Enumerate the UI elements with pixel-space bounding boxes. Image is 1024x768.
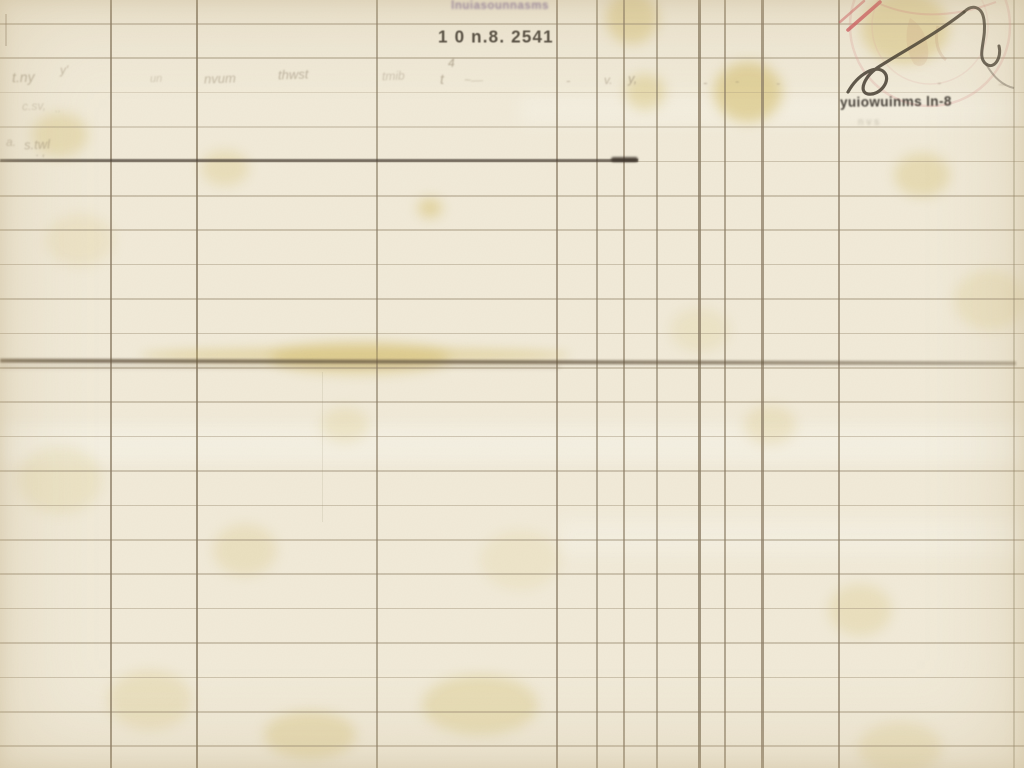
column-line <box>196 0 198 768</box>
ruled-line <box>0 642 1024 644</box>
handwriting-mark: .. <box>55 104 62 115</box>
paper-highlight-band <box>0 425 1024 463</box>
age-stain <box>264 711 356 759</box>
ruled-line <box>0 745 1024 747</box>
smudged-rule <box>0 359 1016 365</box>
handwriting-mark: - <box>776 77 780 89</box>
handwriting-mark: - <box>566 74 571 87</box>
handwriting-mark: 4 <box>448 57 455 69</box>
handwriting-mark: ~— <box>464 74 483 87</box>
column-line <box>322 372 323 522</box>
column-line <box>761 0 764 768</box>
age-stain <box>418 198 442 218</box>
ruled-line <box>0 229 1024 231</box>
handwriting-mark: v. <box>604 74 613 86</box>
age-stain <box>744 405 796 445</box>
ruled-line <box>0 711 1024 713</box>
official-title-stamp-line2: n v s <box>858 117 998 128</box>
scanned-ledger-page: lnuiasounnasms 1 0 n.8. 2541 yuiowuinms … <box>0 0 1024 768</box>
handwriting-mark: - <box>735 75 739 87</box>
age-stain <box>108 670 192 730</box>
smudged-rule-echo <box>0 366 560 368</box>
ruled-line <box>0 470 1024 472</box>
handwriting-mark: t.ny <box>12 70 35 85</box>
handwriting-mark: tmib <box>382 70 405 83</box>
pencil-underline-arrow <box>611 157 638 162</box>
column-line <box>656 0 658 768</box>
handwriting-mark: c.sv, <box>22 100 46 113</box>
ruled-line <box>0 195 1024 197</box>
handwriting-mark: un <box>150 74 163 85</box>
column-line <box>623 0 625 768</box>
ruled-line <box>0 436 1024 438</box>
handwriting-mark: nvum <box>204 71 236 85</box>
age-stain <box>201 150 249 186</box>
ruled-line <box>0 573 1024 575</box>
age-stain <box>46 214 114 266</box>
handwriting-mark: a. <box>6 136 16 148</box>
column-line <box>376 0 378 768</box>
age-stain <box>606 0 658 44</box>
ruled-line <box>0 505 1024 507</box>
handwriting-mark: . , <box>36 148 46 159</box>
age-stain <box>894 153 950 197</box>
handwriting-mark: ~ <box>998 78 1006 91</box>
official-title-stamp: yuiowuinms ln-8 <box>840 93 1010 110</box>
handwriting-mark: - <box>937 76 942 89</box>
column-line <box>596 0 598 768</box>
handwriting-mark: t <box>440 72 444 86</box>
ruled-line <box>0 264 1024 266</box>
handwriting-mark: - <box>703 76 708 89</box>
age-stain <box>422 675 538 735</box>
column-line <box>724 0 726 768</box>
column-line <box>110 0 112 768</box>
ruled-line <box>0 677 1024 679</box>
column-line <box>698 0 701 768</box>
handwriting-mark: y, <box>628 72 638 85</box>
ruled-line <box>0 401 1024 403</box>
ruled-line <box>0 608 1024 610</box>
ruled-line <box>0 539 1024 541</box>
ruled-line <box>0 333 1024 335</box>
column-line <box>5 14 7 46</box>
paper-highlight-band <box>560 520 1024 554</box>
column-line <box>556 0 558 768</box>
handwriting-mark: thwst <box>278 67 309 81</box>
date-stamp: 1 0 n.8. 2541 <box>438 27 578 48</box>
pencil-underline <box>0 159 638 162</box>
handwriting-mark: y' <box>60 64 69 76</box>
age-stain <box>213 524 277 576</box>
age-stain <box>321 407 369 443</box>
purple-stamp-text: lnuiasounnasms <box>424 0 576 12</box>
ruled-line <box>0 298 1024 300</box>
